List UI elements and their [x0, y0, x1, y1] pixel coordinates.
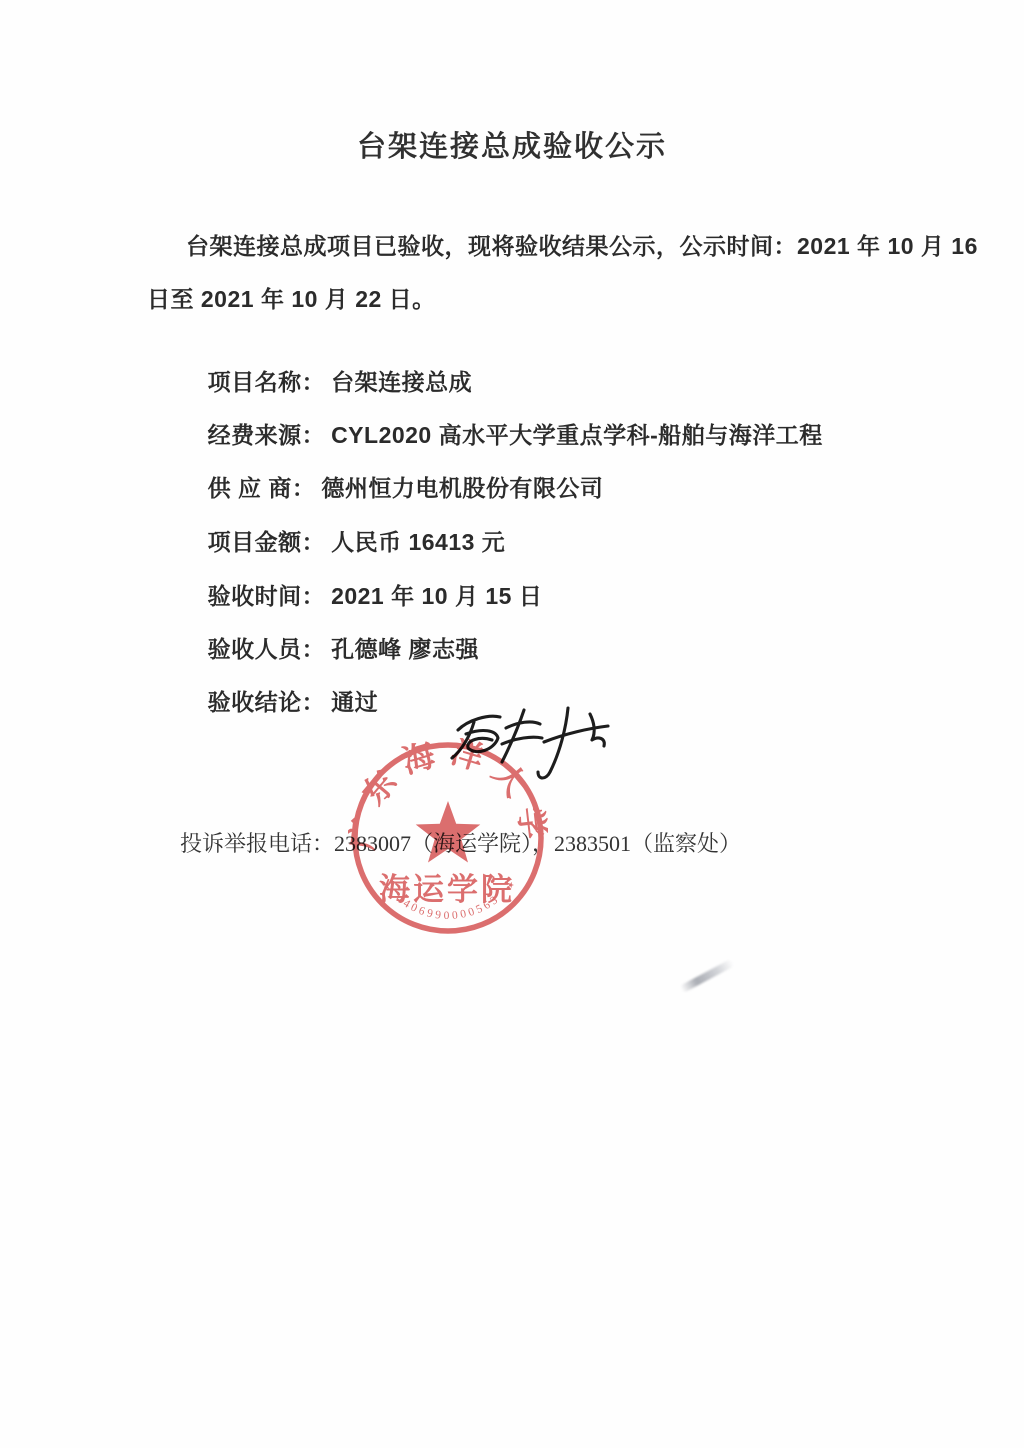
signature-stroke [506, 722, 540, 728]
intro-line-1: 台架连接总成项目已验收，现将验收结果公示，公示时间：2021 年 10 月 16 [186, 228, 978, 261]
signature-stroke [538, 708, 568, 778]
star-icon [416, 801, 481, 863]
scan-smudge-mark [680, 959, 735, 993]
field-label: 验收结论： [208, 689, 326, 715]
signature-stroke [466, 731, 498, 752]
handwritten-signature [440, 700, 620, 800]
signature-stroke [502, 737, 542, 744]
field-value: 通过 [331, 689, 378, 715]
page-title: 台架连接总成验收公示 [0, 124, 1024, 165]
signature-stroke [458, 716, 500, 730]
signature-stroke [544, 726, 608, 742]
intro-line-2: 日至 2021 年 10 月 22 日。 [147, 281, 436, 314]
signature-stroke [590, 714, 604, 746]
field-row-acceptance-conclusion: 验收结论：通过 [180, 657, 378, 744]
document-page: 台架连接总成验收公示 台架连接总成项目已验收，现将验收结果公示，公示时间：202… [0, 0, 1024, 1448]
signature-stroke [502, 710, 524, 762]
